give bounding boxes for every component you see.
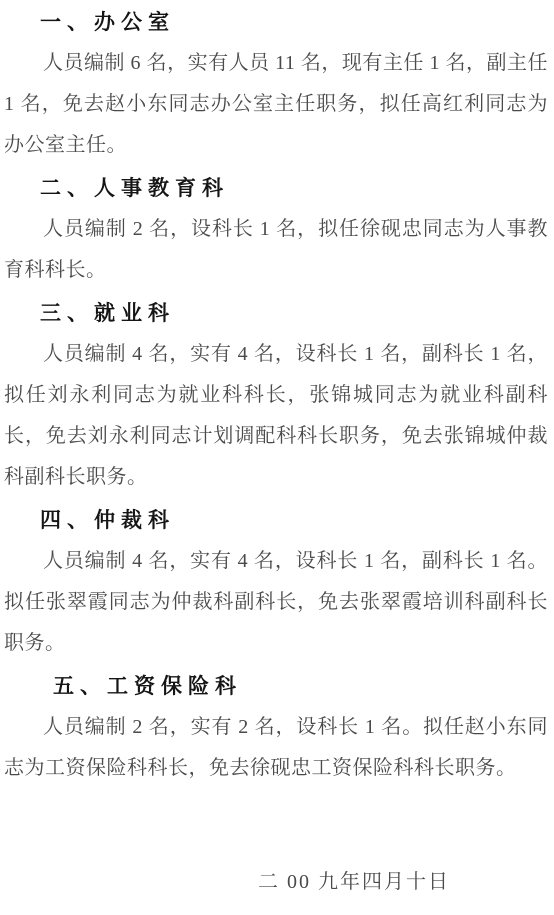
section-personnel-education: 二、人事教育科 人员编制 2 名，设科长 1 名，拟任徐砚忠同志为人事教育科科长… xyxy=(4,168,548,291)
section-body-employment: 人员编制 4 名，实有 4 名，设科长 1 名，副科长 1 名，拟任刘永利同志为… xyxy=(4,334,548,498)
section-employment: 三、就业科 人员编制 4 名，实有 4 名，设科长 1 名，副科长 1 名，拟任… xyxy=(4,293,548,498)
document-date: 二 00 九年四月十日 xyxy=(4,862,450,903)
section-arbitration: 四、仲裁科 人员编制 4 名，实有 4 名，设科长 1 名，副科长 1 名。拟任… xyxy=(4,500,548,664)
section-heading-employment: 三、就业科 xyxy=(40,293,548,334)
section-heading-arbitration: 四、仲裁科 xyxy=(40,500,548,541)
section-body-personnel-education: 人员编制 2 名，设科长 1 名，拟任徐砚忠同志为人事教育科科长。 xyxy=(4,209,548,291)
section-heading-office: 一、办公室 xyxy=(40,2,548,43)
section-office: 一、办公室 人员编制 6 名，实有人员 11 名，现有主任 1 名，副主任 1 … xyxy=(4,2,548,166)
section-wage-insurance: 五、工资保险科 人员编制 2 名，实有 2 名，设科长 1 名。拟任赵小东同志为… xyxy=(4,666,548,789)
document-page: 一、办公室 人员编制 6 名，实有人员 11 名，现有主任 1 名，副主任 1 … xyxy=(0,0,554,915)
section-body-arbitration: 人员编制 4 名，实有 4 名，设科长 1 名，副科长 1 名。拟任张翠霞同志为… xyxy=(4,541,548,664)
section-heading-personnel-education: 二、人事教育科 xyxy=(40,168,548,209)
section-heading-wage-insurance: 五、工资保险科 xyxy=(53,666,548,707)
section-body-office: 人员编制 6 名，实有人员 11 名，现有主任 1 名，副主任 1 名，免去赵小… xyxy=(4,43,548,166)
section-body-wage-insurance: 人员编制 2 名，实有 2 名，设科长 1 名。拟任赵小东同志为工资保险科科长，… xyxy=(4,707,548,789)
